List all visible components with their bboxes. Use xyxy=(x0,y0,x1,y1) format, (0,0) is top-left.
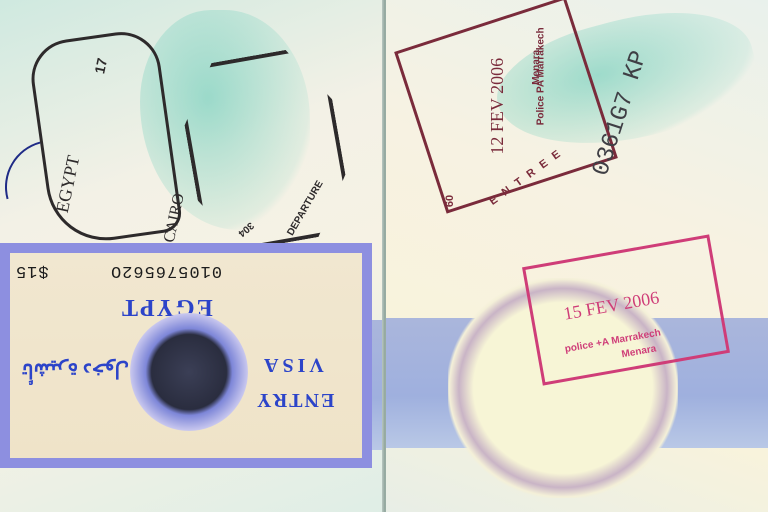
entry-stamp-date: 12 FEV 2006 xyxy=(487,58,508,155)
passport-right-page: 12 FEV 2006 Police PA Marrakech Menara E… xyxy=(386,0,768,512)
visa-title-entry: ENTRY xyxy=(255,388,334,411)
visa-fee: $15 xyxy=(15,261,49,280)
departure-stamp-label: DEPARTURE xyxy=(285,179,325,238)
arrival-stamp-number: 17 xyxy=(91,57,110,76)
visa-hologram-seal xyxy=(130,313,248,431)
egypt-entry-visa-sticker: $15 010576562O EGYPT VISA ENTRY تأشيرة د… xyxy=(0,243,372,468)
arrival-stamp-city: CAIRO xyxy=(161,192,189,244)
second-stamp-date: 15 FEV 2006 xyxy=(562,287,661,324)
entry-stamp-box-number: 60 xyxy=(444,195,456,207)
visa-title-visa: VISA xyxy=(260,353,324,376)
second-stamp-city: Menara xyxy=(621,343,657,360)
passport-left-page: 17 EGYPT CAIRO ARRIVAL DEPARTURE 304 $15… xyxy=(0,0,384,512)
visa-arabic-caption: تأشيرة دخول xyxy=(22,358,129,383)
departure-stamp-number: 304 xyxy=(236,219,256,238)
visa-serial-number: 010576562O xyxy=(110,261,222,280)
entry-stamp-city: Menara xyxy=(531,50,542,85)
